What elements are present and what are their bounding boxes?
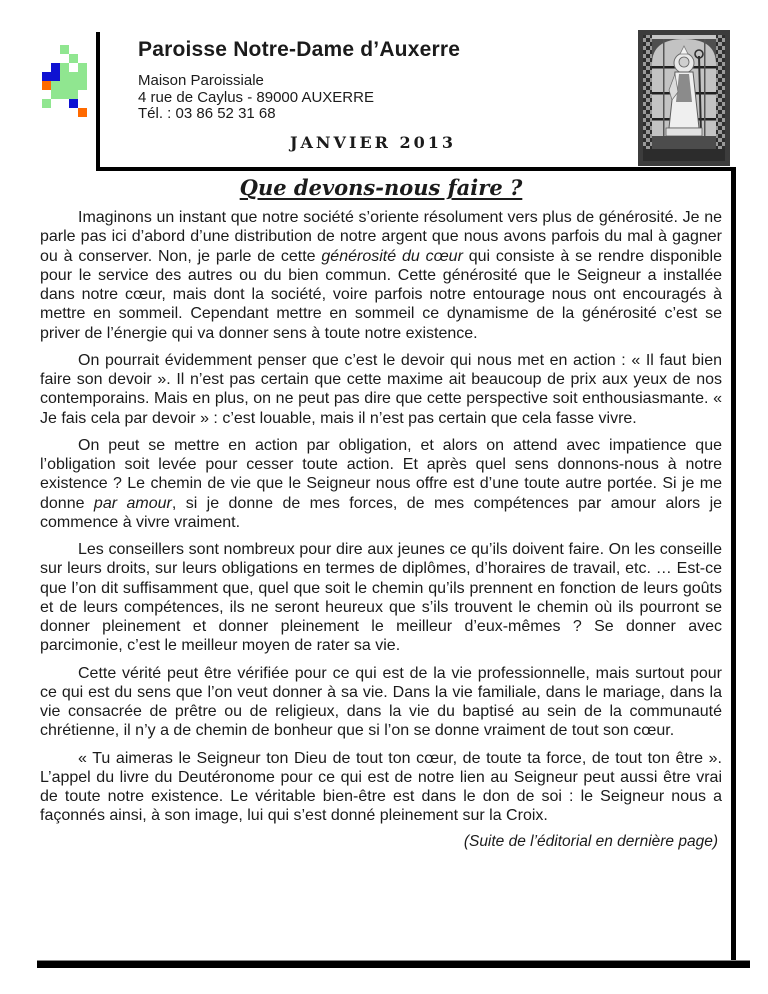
body-paragraph: On pourrait évidemment penser que c’est … [40,351,722,428]
body-paragraph: On peut se mettre en action par obligati… [40,436,722,532]
parish-logo [33,45,87,117]
article-title-text: Que devons-nous faire ? [240,175,523,200]
editorial-article: Que devons-nous faire ? Imaginons un ins… [40,173,722,851]
address-line-2: 4 rue de Caylus - 89000 AUXERRE [138,90,374,107]
address-line-1: Maison Paroissiale [138,73,374,90]
page-bottom-bar [37,960,750,968]
body-paragraph: Imaginons un instant que notre société s… [40,208,722,343]
article-title: Que devons-nous faire ? [40,175,722,200]
header-vertical-rule [96,32,100,171]
continuation-note: (Suite de l’éditorial en dernière page) [40,833,722,851]
body-paragraph: Cette vérité peut être vérifiée pour ce … [40,664,722,741]
parish-title: Paroisse Notre-Dame d’Auxerre [138,38,460,62]
page-right-rule [731,167,736,962]
header-bottom-rule [96,167,736,171]
body-paragraph: « Tu aimeras le Seigneur ton Dieu de tou… [40,749,722,826]
parish-address: Maison Paroissiale 4 rue de Caylus - 890… [138,73,374,123]
address-line-3: Tél. : 03 86 52 31 68 [138,106,374,123]
issue-date: JANVIER 2013 [133,133,613,152]
newsletter-page: Paroisse Notre-Dame d’Auxerre Maison Par… [0,0,768,994]
article-body: Imaginons un instant que notre société s… [40,208,722,826]
stained-glass-icon [638,30,730,166]
stained-glass-image [638,30,730,166]
body-paragraph: Les conseillers sont nombreux pour dire … [40,540,722,656]
